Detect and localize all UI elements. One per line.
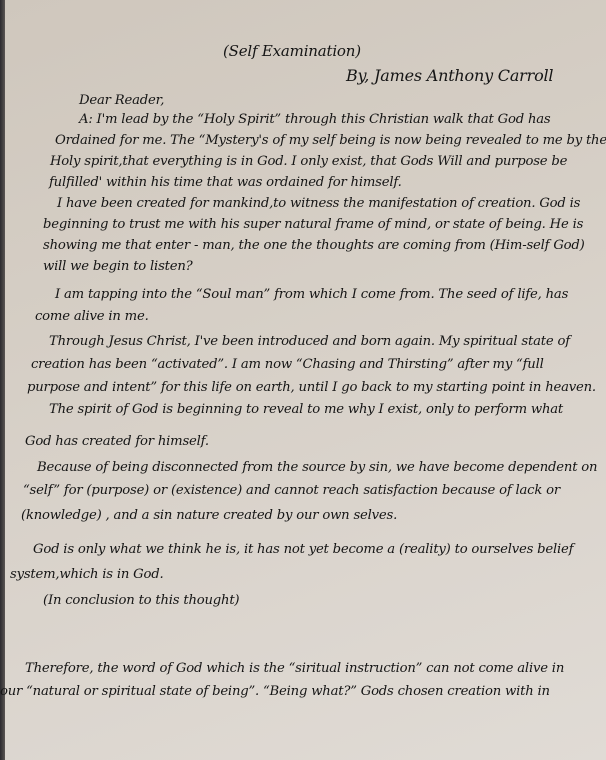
body-line: Ordained for me. The “Mystery's of my se… (55, 133, 606, 148)
body-line: God is only what we think he is, it has … (33, 542, 573, 557)
body-line: purpose and intent” for this life on ear… (27, 380, 596, 395)
body-line: Holy spirit,that everything is in God. I… (50, 154, 567, 169)
body-line: Because of being disconnected from the s… (37, 460, 597, 475)
body-line: “self” for (purpose) or (existence) and … (23, 483, 560, 498)
body-line: showing me that enter - man, the one the… (43, 238, 585, 253)
body-line: fulfilled' within his time that was orda… (49, 175, 402, 190)
body-line: Through Jesus Christ, I've been introduc… (49, 334, 570, 349)
body-line: system,which is in God. (10, 567, 163, 582)
body-line: beginning to trust me with his super nat… (43, 217, 583, 232)
document-title: (Self Examination) (223, 42, 361, 60)
body-line: Therefore, the word of God which is the … (25, 661, 564, 676)
body-line: I have been created for mankind,to witne… (57, 196, 580, 211)
salutation: Dear Reader, (79, 93, 164, 108)
body-line: A: I'm lead by the “Holy Spirit” through… (79, 112, 525, 127)
body-line: come alive in me. (35, 309, 149, 324)
body-line: our “natural or spiritual state of being… (0, 684, 550, 699)
document-page: (Self Examination) By, James Anthony Car… (5, 0, 606, 760)
body-line: The spirit of God is beginning to reveal… (49, 402, 563, 417)
body-line: will we begin to listen? (43, 259, 193, 274)
body-line: creation has been “activated”. I am now … (31, 357, 544, 372)
author-byline: By, James Anthony Carroll (346, 66, 553, 85)
body-line: I am tapping into the “Soul man” from wh… (55, 287, 568, 302)
body-line: (knowledge) , and a sin nature created b… (21, 508, 397, 523)
body-line: (In conclusion to this thought) (43, 593, 239, 608)
body-line: God has created for himself. (25, 434, 209, 449)
